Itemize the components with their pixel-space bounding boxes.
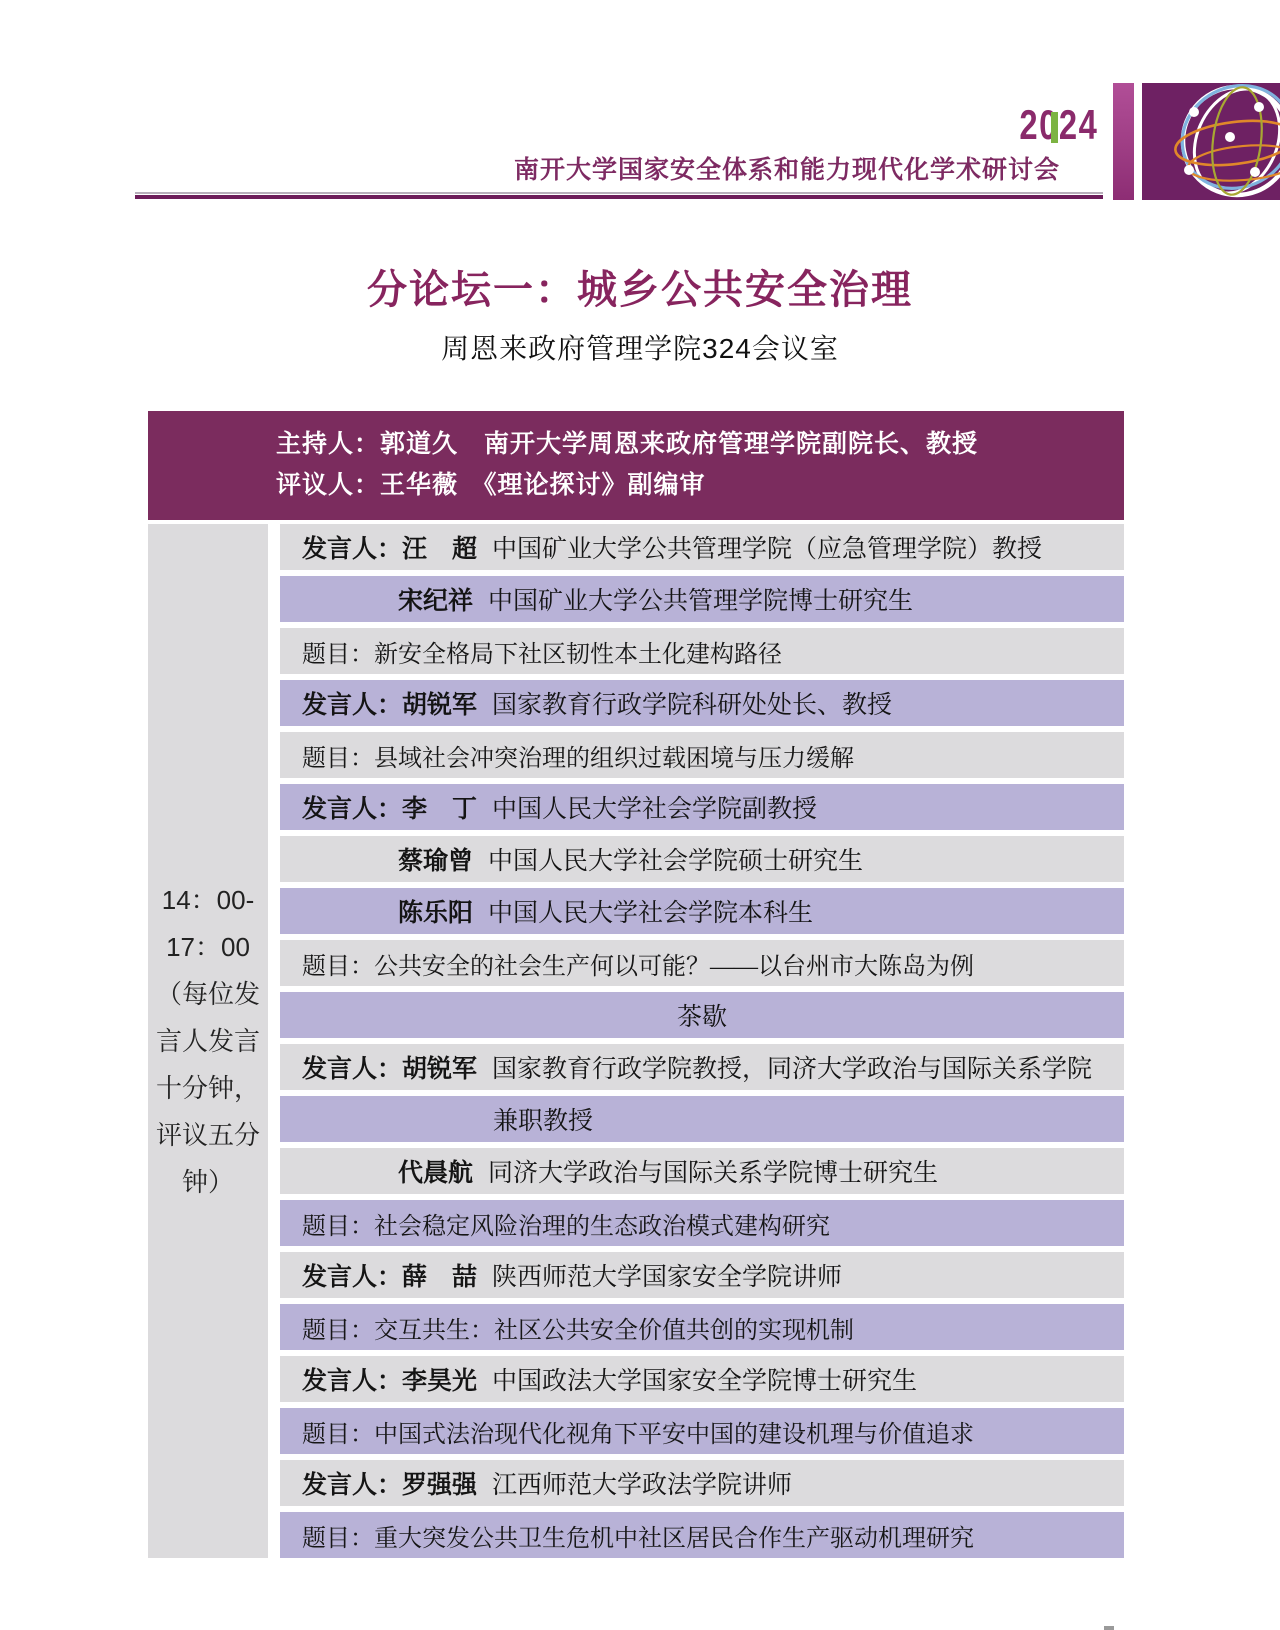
header-rule [135,192,1103,199]
year-label: 2024 [1019,104,1098,146]
row-speaker-name: 发言人：罗强强 [302,1465,477,1501]
row-text: 同济大学政治与国际关系学院博士研究生 [488,1153,938,1189]
row-speaker-name: 发言人：李昊光 [302,1361,477,1397]
chair-bar: 主持人：郭道久 南开大学周恩来政府管理学院副院长、教授 评议人：王华薇 《理论探… [148,411,1124,520]
session-row: 陈乐阳中国人民大学社会学院本科生 [280,888,1124,934]
reviewer-line: 评议人：王华薇 《理论探讨》副编审 [276,465,1124,506]
session-row: 宋纪祥中国矿业大学公共管理学院博士研究生 [280,576,1124,622]
row-text: 题目：县域社会冲突治理的组织过载困境与压力缓解 [302,738,854,773]
conference-title: 南开大学国家安全体系和能力现代化学术研讨会 [514,150,1060,186]
time-line: 评议五分 [156,1112,260,1159]
session-row: 发言人：薛 喆陕西师范大学国家安全学院讲师 [280,1252,1124,1298]
session-row: 茶歇 [280,992,1124,1038]
time-line: 钟） [182,1159,234,1206]
session-row: 题目：县域社会冲突治理的组织过载困境与压力缓解 [280,732,1124,778]
row-text: 兼职教授 [493,1101,593,1137]
session-row: 题目：重大突发公共卫生危机中社区居民合作生产驱动机理研究 [280,1512,1124,1558]
row-speaker-name: 宋纪祥 [398,581,473,617]
row-speaker-name: 蔡瑜曾 [398,841,473,877]
row-speaker-name: 发言人：胡锐军 [302,1049,477,1085]
session-row: 发言人：汪 超中国矿业大学公共管理学院（应急管理学院）教授 [280,524,1124,570]
row-text: 茶歇 [677,997,727,1033]
row-speaker-name: 发言人：薛 喆 [302,1257,477,1293]
row-speaker-name: 发言人：李 丁 [302,789,477,825]
row-text: 题目：社会稳定风险治理的生态政治模式建构研究 [302,1206,830,1241]
conference-program-page: 2024 南开大学国家安全体系和能力现代化学术研讨会 分论坛一：城乡公共安全治理… [0,0,1280,1630]
session-row: 发言人：李 丁中国人民大学社会学院副教授 [280,784,1124,830]
forum-venue: 周恩来政府管理学院324会议室 [0,327,1280,367]
time-line: 言人发言 [156,1018,260,1065]
row-speaker-name: 发言人：胡锐军 [302,685,477,721]
row-text: 国家教育行政学院教授，同济大学政治与国际关系学院 [492,1049,1092,1085]
row-text: 题目：新安全格局下社区韧性本土化建构路径 [302,634,782,669]
session-row: 发言人：胡锐军国家教育行政学院科研处处长、教授 [280,680,1124,726]
time-line: （每位发 [156,971,260,1018]
row-text: 江西师范大学政法学院讲师 [492,1465,792,1501]
time-line: 14：00- [162,877,255,924]
session-row: 发言人：罗强强江西师范大学政法学院讲师 [280,1460,1124,1506]
row-speaker-name: 发言人：汪 超 [302,529,477,565]
time-line: 十分钟， [156,1065,260,1112]
row-text: 题目：交互共生：社区公共安全价值共创的实现机制 [302,1310,854,1345]
forum-title: 分论坛一：城乡公共安全治理 [0,258,1280,315]
year-green-accent [1051,112,1058,143]
row-text: 中国人民大学社会学院硕士研究生 [488,841,863,877]
row-text: 中国矿业大学公共管理学院博士研究生 [488,581,913,617]
brand-accent-bar [1113,83,1134,200]
row-speaker-name: 代晨航 [398,1153,473,1189]
page-number-mark [1104,1626,1114,1630]
row-text: 陕西师范大学国家安全学院讲师 [492,1257,842,1293]
row-text: 国家教育行政学院科研处处长、教授 [492,685,892,721]
row-text: 中国人民大学社会学院副教授 [492,789,817,825]
session-rows: 发言人：汪 超中国矿业大学公共管理学院（应急管理学院）教授宋纪祥中国矿业大学公共… [280,524,1124,1558]
time-line: 17：00 [166,924,250,971]
session-row: 发言人：胡锐军国家教育行政学院教授，同济大学政治与国际关系学院 [280,1044,1124,1090]
session-row: 发言人：李昊光中国政法大学国家安全学院博士研究生 [280,1356,1124,1402]
row-speaker-name: 陈乐阳 [398,893,473,929]
session-row: 题目：中国式法治现代化视角下平安中国的建设机理与价值追求 [280,1408,1124,1454]
session-row: 题目：社会稳定风险治理的生态政治模式建构研究 [280,1200,1124,1246]
row-text: 中国矿业大学公共管理学院（应急管理学院）教授 [492,529,1042,565]
session-row: 题目：新安全格局下社区韧性本土化建构路径 [280,628,1124,674]
session-row: 蔡瑜曾中国人民大学社会学院硕士研究生 [280,836,1124,882]
session-row: 题目：交互共生：社区公共安全价值共创的实现机制 [280,1304,1124,1350]
row-text: 题目：中国式法治现代化视角下平安中国的建设机理与价值追求 [302,1414,974,1449]
row-text: 题目：重大突发公共卫生危机中社区居民合作生产驱动机理研究 [302,1518,974,1553]
row-text: 题目：公共安全的社会生产何以可能？——以台州市大陈岛为例 [302,946,974,981]
session-row: 代晨航同济大学政治与国际关系学院博士研究生 [280,1148,1124,1194]
header-rule-thick [135,195,1103,199]
time-cell: 14：00-17：00（每位发言人发言十分钟，评议五分钟） [148,524,268,1558]
row-text: 中国政法大学国家安全学院博士研究生 [492,1361,917,1397]
header-rule-thin [135,192,1103,194]
globe-icon [1142,83,1280,200]
host-line: 主持人：郭道久 南开大学周恩来政府管理学院副院长、教授 [276,424,1124,465]
row-text: 中国人民大学社会学院本科生 [488,893,813,929]
session-row: 兼职教授 [280,1096,1124,1142]
session-row: 题目：公共安全的社会生产何以可能？——以台州市大陈岛为例 [280,940,1124,986]
